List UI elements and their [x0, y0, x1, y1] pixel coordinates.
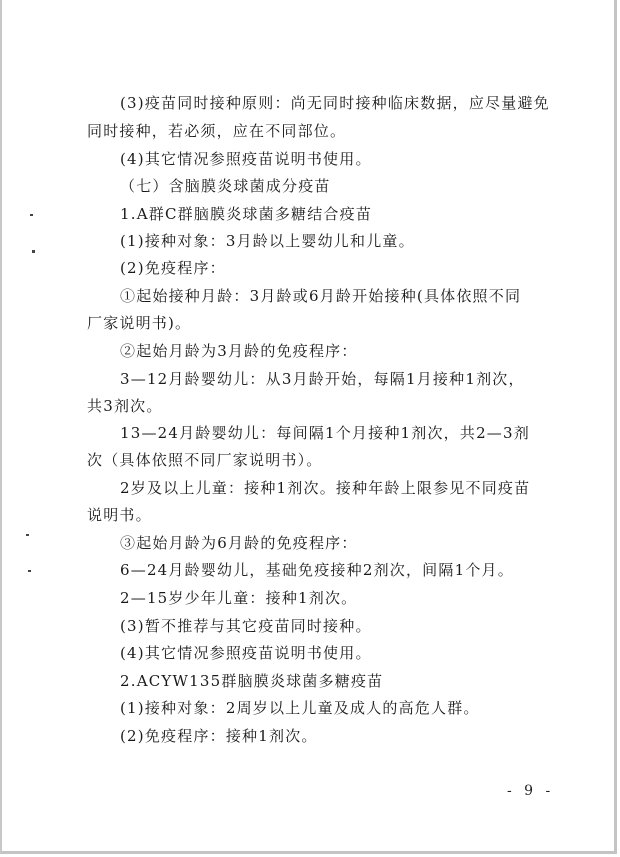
scan-speck — [26, 534, 29, 536]
text-line: 2—15岁少年儿童：接种1剂次。 — [120, 588, 357, 608]
text-line: 共3剂次。 — [87, 396, 163, 416]
text-line: 厂家说明书)。 — [87, 313, 191, 333]
text-line: (2)免疫程序：接种1剂次。 — [120, 726, 318, 746]
text-line: (1)接种对象：3月龄以上婴幼儿和儿童。 — [120, 231, 415, 251]
document-page: (3)疫苗同时接种原则：尚无同时接种临床数据，应尽量避免 同时接种，若必须，应在… — [0, 0, 617, 854]
text-line: (4)其它情况参照疫苗说明书使用。 — [120, 149, 372, 169]
text-line: (2)免疫程序： — [120, 258, 226, 278]
text-line: 次（具体依照不同厂家说明书）。 — [87, 450, 323, 470]
text-line: (1)接种对象：2周岁以上儿童及成人的高危人群。 — [120, 698, 480, 718]
text-line: ①起始接种月龄：3月龄或6月龄开始接种(具体依照不同 — [120, 286, 521, 306]
section-heading: （七）含脑膜炎球菌成分疫苗 — [120, 176, 331, 196]
scan-speck — [28, 570, 31, 572]
text-line: (3)疫苗同时接种原则：尚无同时接种临床数据，应尽量避免 — [120, 93, 550, 113]
text-line: ③起始月龄为6月龄的免疫程序： — [120, 533, 358, 553]
subsection-heading: 1.A群C群脑膜炎球菌多糖结合疫苗 — [120, 204, 372, 224]
text-line: 6—24月龄婴幼儿，基础免疫接种2剂次，间隔1个月。 — [120, 560, 514, 580]
text-line: 3—12月龄婴幼儿：从3月龄开始，每隔1月接种1剂次， — [120, 369, 525, 389]
text-line: 同时接种，若必须，应在不同部位。 — [87, 121, 346, 141]
text-line: 说明书。 — [87, 505, 152, 525]
page-number: - 9 - — [507, 783, 554, 799]
text-line: (3)暂不推荐与其它疫苗同时接种。 — [120, 616, 372, 636]
subsection-heading: 2.ACYW135群脑膜炎球菌多糖疫苗 — [120, 671, 383, 691]
scan-speck — [30, 214, 33, 216]
text-line: 2岁及以上儿童：接种1剂次。接种年龄上限参见不同疫苗 — [120, 478, 530, 498]
text-line: (4)其它情况参照疫苗说明书使用。 — [120, 643, 372, 663]
scan-speck — [32, 250, 35, 253]
text-line: 13—24月龄婴幼儿：每间隔1个月接种1剂次，共2—3剂 — [120, 423, 530, 443]
text-line: ②起始月龄为3月龄的免疫程序： — [120, 341, 358, 361]
